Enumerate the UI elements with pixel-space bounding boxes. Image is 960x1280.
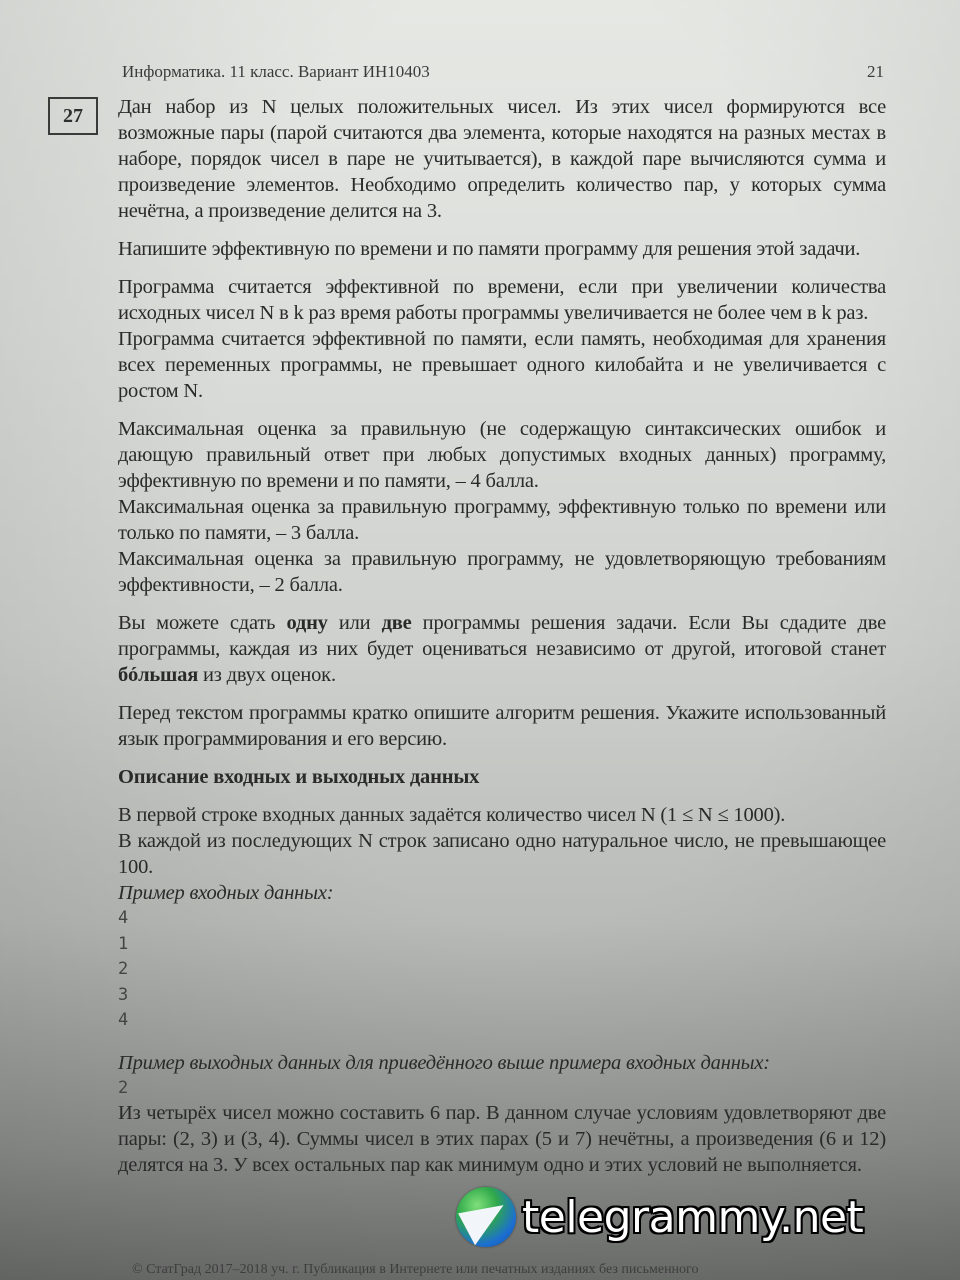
header-title: Информатика. 11 класс. Вариант ИН10403 [122,62,430,82]
task-statement: Дан набор из N целых положительных чисел… [118,94,886,224]
submission-rule: Вы можете сдать одну или две программы р… [118,610,886,688]
io-line-1: В первой строке входных данных задаётся … [118,802,886,828]
bold-one: одну [286,612,327,634]
score-3-rule: Максимальная оценка за правильную програ… [118,494,886,546]
task-instruction: Напишите эффективную по времени и по пам… [118,236,886,262]
text-span: Вы можете сдать [118,612,286,634]
telegram-globe-icon [456,1187,516,1247]
score-4-rule: Максимальная оценка за правильную (не со… [118,416,886,494]
io-section-title: Описание входных и выходных данных [118,764,886,790]
algorithm-instruction: Перед текстом программы кратко опишите а… [118,700,886,752]
task-number: 27 [63,105,83,128]
copyright-footer: © СтатГрад 2017–2018 уч. г. Публикация в… [132,1262,872,1278]
output-example-label: Пример выходных данных для приведённого … [118,1050,886,1076]
time-efficiency-rule: Программа считается эффективной по време… [118,274,886,326]
input-line: 4 [118,906,886,932]
watermark-text: telegrammy.net [522,1192,863,1243]
paper-plane-icon [458,1193,514,1245]
text-span: из двух оценок. [198,664,336,686]
task-content: Дан набор из N целых положительных чисел… [118,94,886,1178]
watermark: telegrammy.net [456,1187,863,1247]
bold-larger: бóльшая [118,664,198,686]
input-example-label: Пример входных данных: [118,880,886,906]
io-line-2: В каждой из последующих N строк записано… [118,828,886,880]
input-line: 2 [118,957,886,983]
page-header: Информатика. 11 класс. Вариант ИН10403 2… [122,62,884,82]
text-span: или [328,612,382,634]
example-explanation: Из четырёх чисел можно составить 6 пар. … [118,1100,886,1178]
input-line: 4 [118,1008,886,1034]
page-number: 21 [867,62,884,82]
input-line: 1 [118,932,886,958]
bold-two: две [382,612,412,634]
memory-efficiency-rule: Программа считается эффективной по памят… [118,326,886,404]
input-line: 3 [118,983,886,1009]
input-example: 4 1 2 3 4 [118,906,886,1034]
task-number-box: 27 [48,97,98,135]
output-example: 2 [118,1076,886,1100]
score-2-rule: Максимальная оценка за правильную програ… [118,546,886,598]
